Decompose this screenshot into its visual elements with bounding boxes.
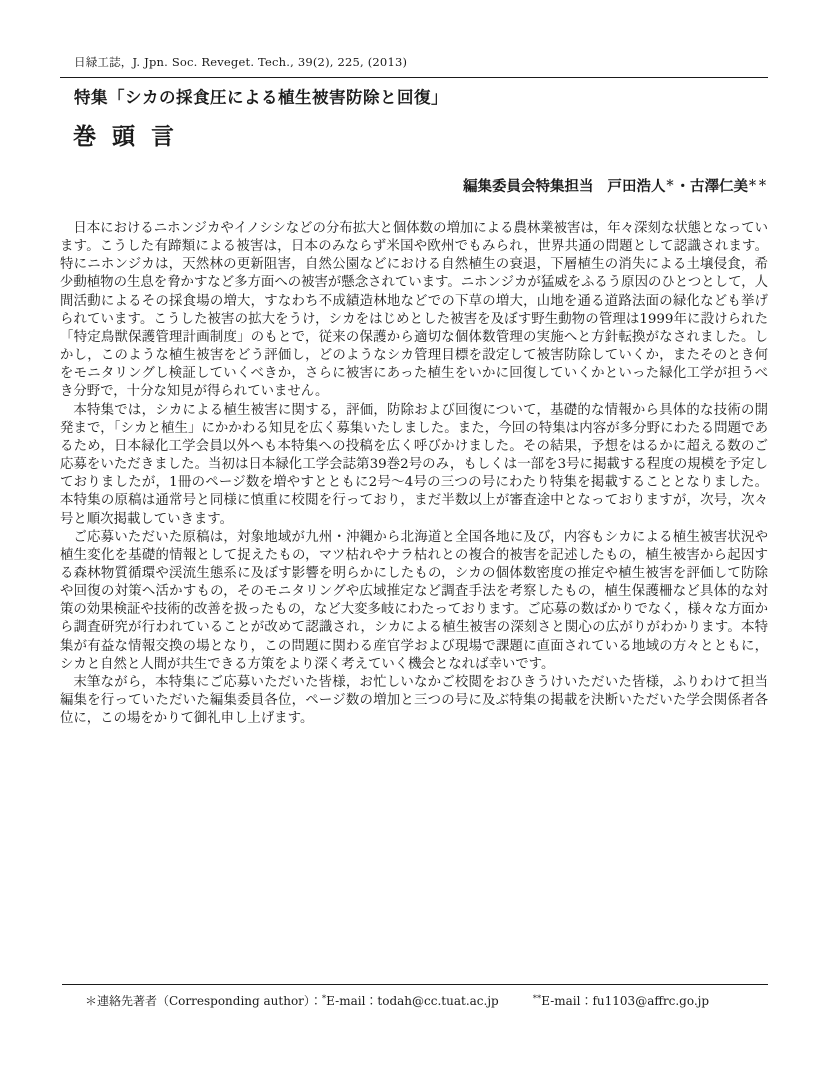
footnote-prefix: ＊連絡先著者（Corresponding author）： xyxy=(85,994,322,1008)
paragraph: 末筆ながら，本特集にご応募いただいた皆様，お忙しいなかご校閲をおひきうけいただい… xyxy=(60,674,768,728)
footnote-email-2: E-mail：fu1103@affrc.go.jp xyxy=(541,994,709,1008)
author-separator: ・ xyxy=(675,179,690,195)
footnote: ＊連絡先著者（Corresponding author）：*E-mail：tod… xyxy=(85,992,709,1009)
body-text: 日本におけるニホンジカやイノシシなどの分布拡大と個体数の増加による農林業被害は，… xyxy=(60,220,768,728)
byline: 編集委員会特集担当戸田浩人＊・古澤仁美＊＊ xyxy=(463,175,768,196)
journal-page: 日緑工誌，J. Jpn. Soc. Reveget. Tech., 39(2),… xyxy=(0,0,827,1083)
page-title: 巻 頭 言 xyxy=(73,118,178,151)
header-divider xyxy=(60,77,768,78)
author-name-1: 戸田浩人 xyxy=(607,179,665,195)
footnote-email-2-mark: ** xyxy=(533,994,542,1004)
author-mark-1: ＊ xyxy=(665,179,675,189)
byline-role: 編集委員会特集担当 xyxy=(463,179,594,195)
paragraph: ご応募いただいた原稿は，対象地域が九州・沖縄から北海道と全国各地に及び，内容もシ… xyxy=(60,529,768,674)
journal-citation: 日緑工誌，J. Jpn. Soc. Reveget. Tech., 39(2),… xyxy=(74,54,407,70)
footnote-divider xyxy=(62,984,768,985)
paragraph: 本特集では，シカによる植生被害に関する，評価，防除および回復について，基礎的な情… xyxy=(60,402,768,529)
author-name-2: 古澤仁美 xyxy=(690,179,748,195)
special-issue-title: 特集「シカの採食圧による植生被害防除と回復」 xyxy=(74,84,448,108)
author-mark-2: ＊＊ xyxy=(748,179,768,189)
paragraph: 日本におけるニホンジカやイノシシなどの分布拡大と個体数の増加による農林業被害は，… xyxy=(60,220,768,402)
footnote-email-1: E-mail：todah@cc.tuat.ac.jp xyxy=(326,994,499,1008)
